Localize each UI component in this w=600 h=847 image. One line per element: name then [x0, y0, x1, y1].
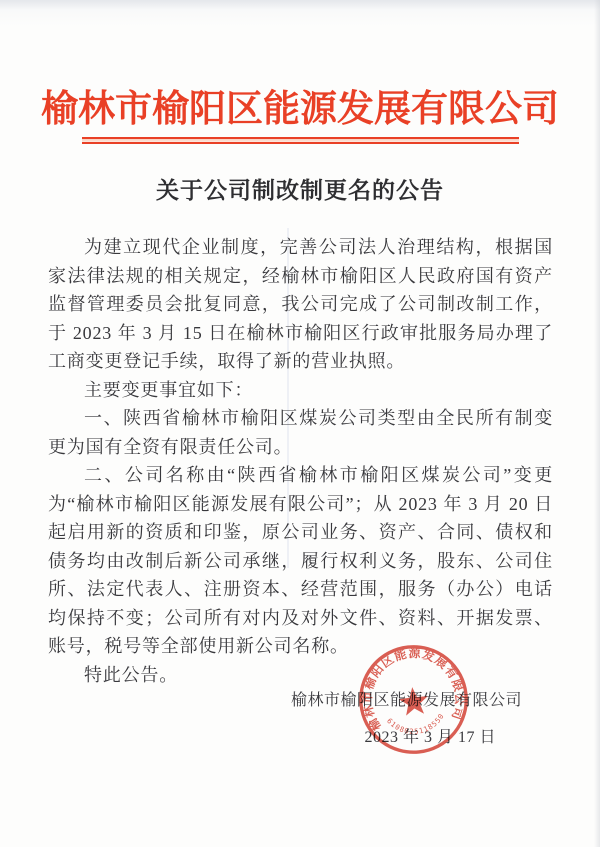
- letterhead-divider: [82, 137, 519, 144]
- letterhead-company-name: 榆林市榆阳区能源发展有限公司: [0, 78, 600, 132]
- paragraph-item-2: 二、公司名称由“陕西省榆林市榆阳区煤炭公司”变更为“榆林市榆阳区能源发展有限公司…: [48, 461, 553, 661]
- signature-date: 2023 年 3 月 17 日: [291, 724, 496, 747]
- signature-block: 榆林市榆阳区能源发展有限公司 2023 年 3 月 17 日: [291, 687, 522, 747]
- document-title: 关于公司制改制更名的公告: [0, 172, 600, 205]
- document-page: 榆林市榆阳区能源发展有限公司 关于公司制改制更名的公告 为建立现代企业制度，完善…: [0, 0, 600, 847]
- paragraph-intro: 为建立现代企业制度，完善公司法人治理结构，根据国家法律法规的相关规定，经榆林市榆…: [48, 233, 553, 376]
- signature-company: 榆林市榆阳区能源发展有限公司: [291, 687, 522, 710]
- paragraph-item-1: 一、陕西省榆林市榆阳区煤炭公司类型由全民所有制变更为国有全资有限责任公司。: [48, 404, 553, 461]
- paragraph-lead-in: 主要变更事宜如下：: [48, 376, 553, 405]
- scan-edge-shadow: [0, 0, 600, 10]
- document-body: 为建立现代企业制度，完善公司法人治理结构，根据国家法律法规的相关规定，经榆林市榆…: [48, 233, 553, 689]
- paragraph-closing: 特此公告。: [48, 661, 553, 690]
